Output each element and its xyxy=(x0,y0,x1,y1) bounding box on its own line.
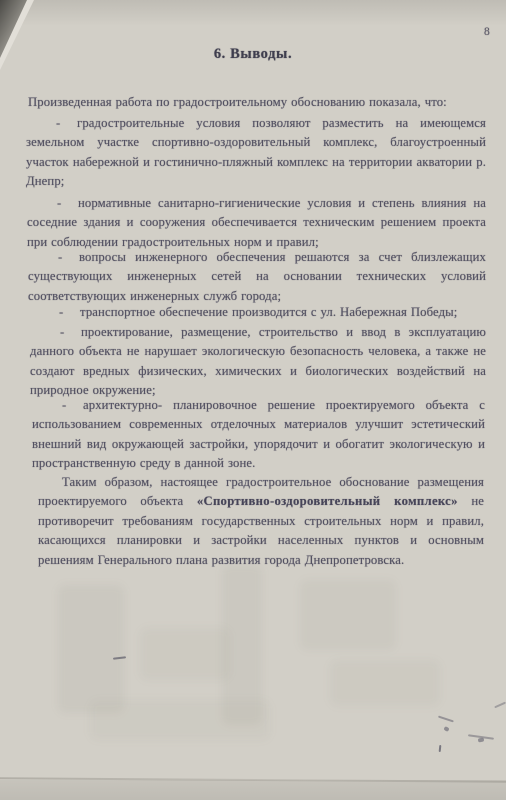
conclusion-bullet-6: -архитектурно- планировочное решение про… xyxy=(32,396,485,474)
ink-bleed-smudge xyxy=(140,628,230,680)
bullet-text: градостроительные условия позволяют разм… xyxy=(26,116,486,189)
photo-bottom-shadow xyxy=(0,780,506,800)
bullet-dash: - xyxy=(60,323,81,343)
project-name-bold: «Спортивно-оздоровительный комплекс» xyxy=(197,494,458,508)
bullet-text: проектирование, размещение, строительств… xyxy=(30,325,486,398)
pencil-scratch-mark xyxy=(494,702,506,708)
pencil-scratch-mark xyxy=(478,737,485,742)
closing-paragraph: Таким образом, настоящее градостроительн… xyxy=(38,473,484,571)
bullet-text: вопросы инженерного обеспечения решаются… xyxy=(28,250,486,303)
conclusion-bullet-4: -транспортное обеспечение производится с… xyxy=(29,303,486,323)
bullet-dash: - xyxy=(57,194,78,214)
pencil-scratch-mark xyxy=(438,716,454,722)
conclusion-bullet-5: -проектирование, размещение, строительст… xyxy=(30,323,486,401)
bullet-text: архитектурно- планировочное решение прое… xyxy=(32,398,485,471)
bullet-dash: - xyxy=(58,248,79,268)
ink-bleed-smudge xyxy=(90,700,270,740)
photo-top-shadow xyxy=(0,0,506,26)
pencil-tick-mark xyxy=(439,745,442,752)
page-number: 8 xyxy=(484,26,490,38)
scanned-document-page: 8 6. Выводы. Произведенная работа по гра… xyxy=(0,0,506,800)
section-title: 6. Выводы. xyxy=(0,46,506,63)
bullet-dash: - xyxy=(59,303,80,323)
intro-paragraph: Произведенная работа по градостроительно… xyxy=(28,93,486,113)
ink-bleed-smudge xyxy=(330,660,440,706)
ink-bleed-smudge xyxy=(300,580,396,650)
conclusion-bullet-3: -вопросы инженерного обеспечения решаютс… xyxy=(28,248,486,307)
pencil-scratch-mark xyxy=(443,726,449,732)
conclusion-bullet-1: -градостроительные условия позволяют раз… xyxy=(26,114,486,192)
conclusion-bullet-2: -нормативные санитарно-гигиенические усл… xyxy=(27,194,486,253)
ink-bleed-smudge xyxy=(58,585,124,713)
bullet-dash: - xyxy=(56,114,77,134)
bullet-dash: - xyxy=(62,396,83,416)
bullet-text: транспортное обеспечение производится с … xyxy=(80,305,457,319)
bullet-text: нормативные санитарно-гигиенические усло… xyxy=(27,196,486,249)
